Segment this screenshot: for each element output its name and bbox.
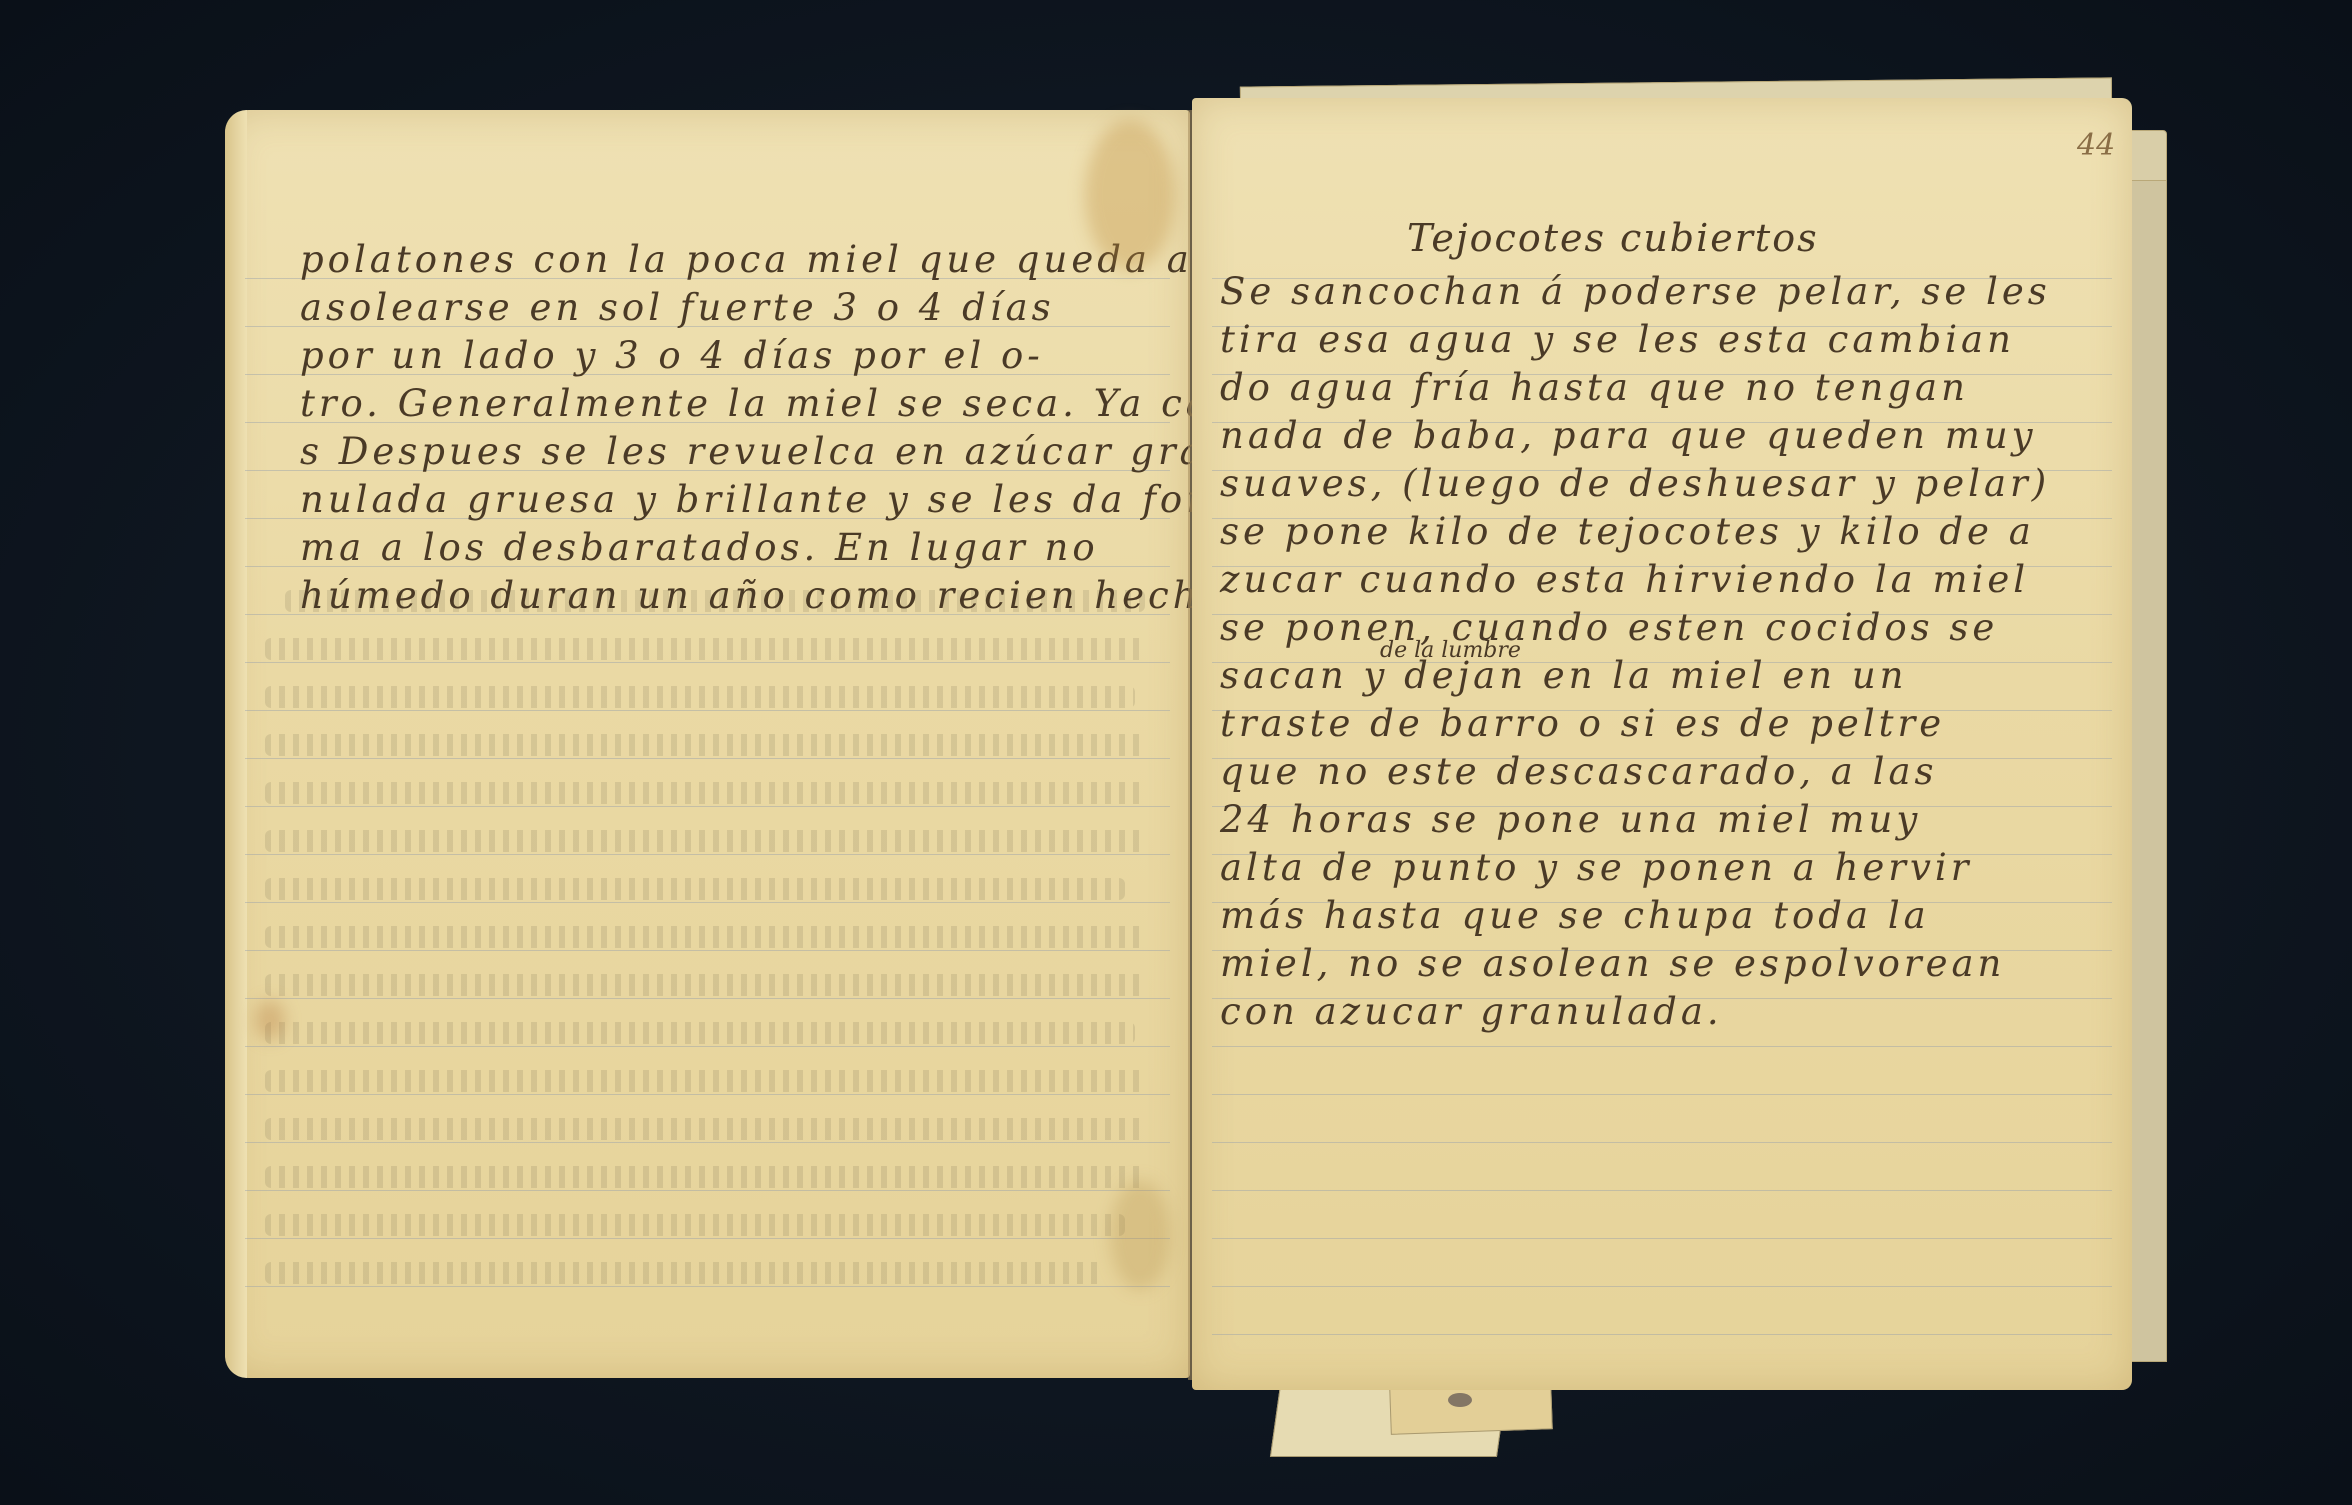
text-line: alta de punto y se ponen a hervir [1220,846,1972,889]
text-line: se ponen, cuando esten cocidos se [1220,606,1998,649]
text-line: con azucar granulada. [1220,990,1723,1033]
text-line: se pone kilo de tejocotes y kilo de a [1220,510,2035,553]
text-line: asolearse en sol fuerte 3 o 4 días [300,286,1055,329]
text-line: do agua fría hasta que no tengan [1220,366,1969,409]
water-stain [1085,120,1175,270]
recipe-title: Tejocotes cubiertos [1407,216,1819,260]
text-line: zucar cuando esta hirviendo la miel [1220,558,2029,601]
stamp-mark [1448,1393,1472,1407]
text-line: ma a los desbaratados. En lugar no [300,526,1099,569]
text-line: que no este descascarado, a las [1220,750,1938,793]
loose-paper-flap [1389,1382,1553,1435]
text-line: miel, no se asolean se espolvorean [1220,942,2005,985]
text-line: s Despues se les revuelca en azúcar gra- [300,430,1222,473]
text-line: húmedo duran un año como recien hechos. [300,574,1266,617]
text-line: polatones con la poca miel que queda a [300,238,1193,281]
ink-stain [255,1000,285,1040]
text-line: 24 horas se pone una miel muy [1220,798,1921,841]
text-line: sacan y dejan en la miel en un [1220,654,1907,697]
text-line: por un lado y 3 o 4 días por el o- [300,334,1044,377]
page-stack-right-edge-inner [2130,180,2167,1362]
text-line: más hasta que se chupa toda la [1220,894,1930,937]
text-line: suaves, (luego de deshuesar y pelar) [1220,462,2050,505]
notebook-scan: polatones con la poca miel que queda a a… [0,0,2352,1505]
water-stain [1110,1180,1170,1290]
text-line: traste de barro o si es de peltre [1220,702,1945,745]
right-page: 44 Tejocotes cubiertos Se sancochan á po… [1192,98,2132,1390]
text-line: nada de baba, para que queden muy [1220,414,2037,457]
text-line: nulada gruesa y brillante y se les da fo… [300,478,1224,521]
text-line: tira esa agua y se les esta cambian [1220,318,2015,361]
text-line: Se sancochan á poderse pelar, se les [1220,270,2051,313]
left-page: polatones con la poca miel que queda a a… [225,110,1190,1378]
text-line: tro. Generalmente la miel se seca. Ya ca… [300,382,1251,425]
